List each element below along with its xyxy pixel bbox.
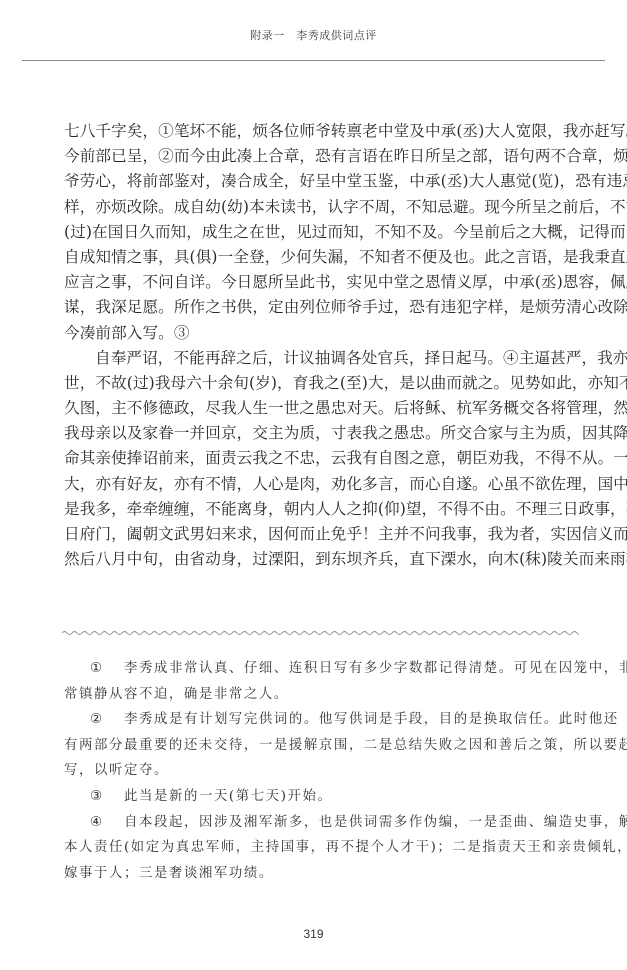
footnote-marker: ④ [90,810,124,836]
text-line: 然后八月中旬，由省动身，过溧阳，到东坝齐兵，直下溧水，向木(秣)陵关而来雨花台， [64,547,578,572]
footnote-line: ①李秀成非常认真、仔细、连积日写有多少字数都记得清楚。可见在囚笼中，非 [64,656,578,682]
footnote-2: ②李秀成是有计划写完供词的。他写供词是手段，目的是换取信任。此时他还 有两部分最… [64,707,578,784]
footnote-line: 常镇静从容不迫，确是非常之人。 [64,682,578,708]
footnote-line: 本人责任(如定为真忠军师，主持国事，再不提个人才干)；二是指责天王和亲贵倾轧， [64,835,578,861]
footnote-marker: ② [90,707,124,733]
footnote-line: 嫁事于人；三是奢谈湘军功绩。 [64,861,578,887]
text-line: 应言之事，不问自详。今日愿所呈此书，实见中堂之恩情义厚，中承(丞)恩容，佩服良 [64,270,578,295]
footnote-text: 自本段起，因涉及湘军渐多，也是供词需多作伪编，一是歪曲、编造史事，解脱 [124,815,627,830]
text-line: 谋，我深足愿。所作之书供，定由列位师爷手过，恐有违犯字样，是烦劳清心改除可也。 [64,295,578,320]
paragraph-2: 自奉严诏，不能再辞之后，计议抽调各处官兵，择日起马。④主逼甚严，我亦无心在 世，… [64,346,578,573]
footnote-line: 有两部分最重要的还未交待，一是援解京围，二是总结失败之因和善后之策，所以要赶 [64,733,578,759]
footnote-1: ①李秀成非常认真、仔细、连积日写有多少字数都记得清楚。可见在囚笼中，非 常镇静从… [64,656,578,707]
main-text: 七八千字矣，①笔坏不能，烦各位师爷转禀老中堂及中承(丞)大人宽限，我亦赶写。业 … [64,119,578,572]
footnote-marker: ③ [90,784,124,810]
text-line: 自成知情之事，具(俱)一全登，少何失漏，不知者不便及也。此之言语，是我秉直之心， [64,245,578,270]
footnote-line: ④自本段起，因涉及湘军渐多，也是供词需多作伪编，一是歪曲、编造史事，解脱 [64,810,578,836]
footnotes: ①李秀成非常认真、仔细、连积日写有多少字数都记得清楚。可见在囚笼中，非 常镇静从… [64,656,578,886]
text-line: 样，亦烦改除。成自幼(幼)本未读书，认字不周，不知忌避。现今所呈之前后，不故 [64,195,578,220]
text-line: (过)在国日久而知，成生之在世，见过而知，不知不及。今呈前后之大概，记得而自陈， [64,220,578,245]
footnote-line: ②李秀成是有计划写完供词的。他写供词是手段，目的是换取信任。此时他还 [64,707,578,733]
footnote-3: ③此当是新的一天(第七天)开始。 [64,784,578,810]
text-line: 我母亲以及家眷一并回京，交主为质，寸表我之愚忠。所交合家与主为质，因其降诏， [64,421,578,446]
text-line: 日府门，阖朝文武男妇来求，因何而止免乎！主并不问我事，我为者，实因信义而为。 [64,522,578,547]
footnote-text: 此当是新的一天(第七天)开始。 [124,789,333,804]
text-line: 自奉严诏，不能再辞之后，计议抽调各处官兵，择日起马。④主逼甚严，我亦无心在 [64,346,578,371]
footnote-separator [62,629,579,637]
paragraph-1: 七八千字矣，①笔坏不能，烦各位师爷转禀老中堂及中承(丞)大人宽限，我亦赶写。业 … [64,119,578,346]
running-header: 附录一 李秀成供词点评 [0,27,627,43]
page-number: 319 [0,927,627,941]
text-line: 命其亲使捧诏前来，面责云我之不忠，云我有自图之意，朝臣劝我，不得不从。一朝之 [64,446,578,471]
footnote-line: ③此当是新的一天(第七天)开始。 [64,784,578,810]
text-line: 爷劳心，将前部鉴对，凑合成全，好呈中堂玉鉴，中承(丞)大人惠觉(览)，恐有违忌字 [64,169,578,194]
footnote-4: ④自本段起，因涉及湘军渐多，也是供词需多作伪编，一是歪曲、编造史事，解脱 本人责… [64,810,578,887]
footnote-text: 李秀成非常认真、仔细、连积日写有多少字数都记得清楚。可见在囚笼中，非 [124,661,627,676]
text-line: 七八千字矣，①笔坏不能，烦各位师爷转禀老中堂及中承(丞)大人宽限，我亦赶写。业 [64,119,578,144]
text-line: 久图，主不修德政，尽我人生一世之愚忠对天。后将稣、杭军务概交各将管理，然后连 [64,396,578,421]
footnote-text: 李秀成是有计划写完供词的。他写供词是手段，目的是换取信任。此时他还 [124,712,619,727]
footnote-marker: ① [90,656,124,682]
header-rule [22,60,605,61]
text-line: 今前部已呈，②而今由此凑上合章，恐有言语在昨日所呈之部，语句两不合章，烦各师 [64,144,578,169]
text-line: 是我多，牵牵缠缠，不能离身，朝内人人之抑(仰)望，不得不由。不理三日政事，不开三 [64,497,578,522]
text-line: 世，不故(过)我母六十余旬(岁)，育我之(至)大，是以曲而就之。见势如此，亦知不… [64,371,578,396]
footnote-line: 写，以听定夺。 [64,758,578,784]
text-line: 今凑前部入写。③ [64,321,578,346]
text-line: 大，亦有好友，亦有不情，人心是肉，劝化多言，而心自遂。心虽不欲佐理，国中之将，兵 [64,472,578,497]
